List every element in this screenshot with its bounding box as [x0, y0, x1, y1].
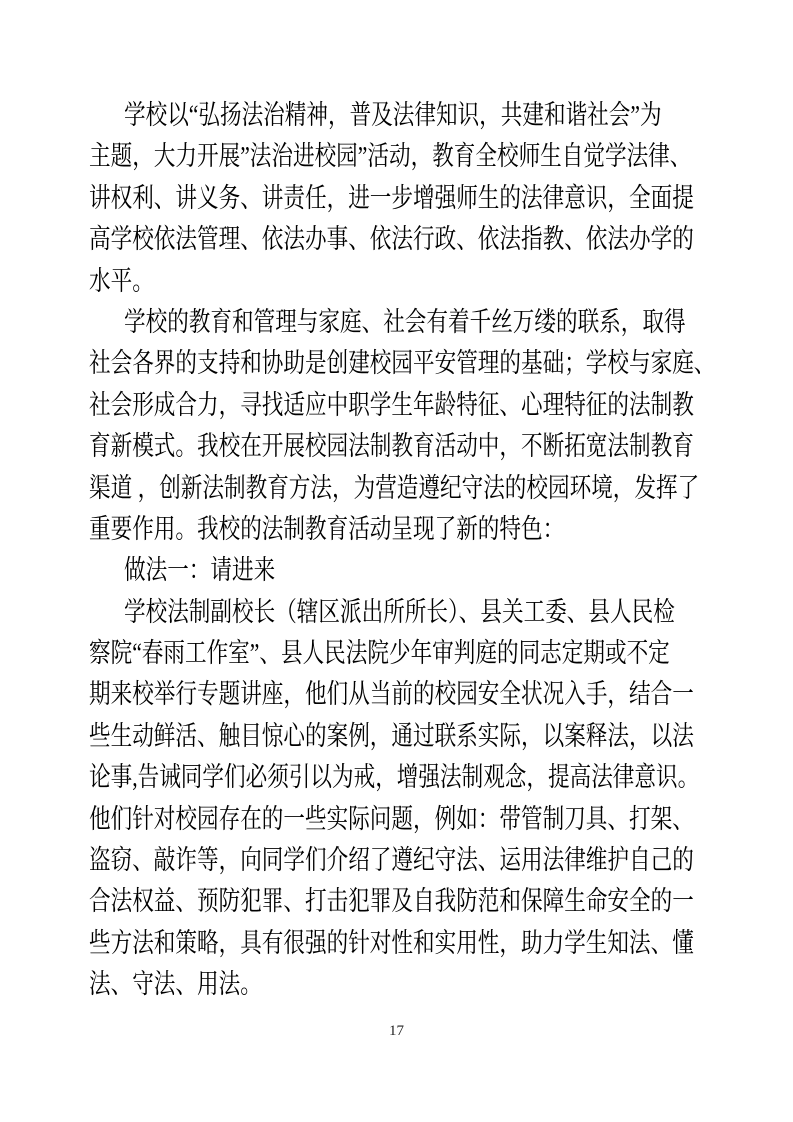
text-line: 讲权利、讲义务、讲责任，进一步增强师生的法律意识，全面提 [89, 178, 617, 219]
text-line: 重要作用。我校的法制教育活动呈现了新的特色： [89, 509, 617, 550]
text-line: 期来校举行专题讲座，他们从当前的校园安全状况入手，结合一 [89, 674, 617, 715]
text-line: 他们针对校园存在的一些实际问题，例如：带管制刀具、打架、 [89, 799, 617, 840]
text-line: 些生动鲜活、触目惊心的案例，通过联系实际，以案释法，以法 [89, 716, 617, 757]
text-line: 育新模式。我校在开展校园法制教育活动中，不断拓宽法制教育 [89, 426, 617, 467]
text-line: 些方法和策略，具有很强的针对性和实用性，助力学生知法、懂 [89, 923, 617, 964]
text-line: 渠道 ，创新法制教育方法，为营造遵纪守法的校园环境，发挥了 [89, 468, 617, 509]
text-line: 水平。 [89, 261, 617, 302]
text-line: 合法权益、预防犯罪、打击犯罪及自我防范和保障生命安全的一 [89, 881, 617, 922]
text-line: 法、守法、用法。 [89, 964, 617, 1005]
document-body: 学校以“弘扬法治精神，普及法律知识，共建和谐社会”为主题，大力开展”法治进校园”… [89, 95, 749, 1006]
text-line: 学校的教育和管理与家庭、社会有着千丝万缕的联系，取得 [124, 302, 624, 343]
text-line: 论事,告诫同学们必须引以为戒，增强法制观念，提高法律意识。 [89, 757, 617, 798]
text-line: 高学校依法管理、依法办事、依法行政、依法指教、依法办学的 [89, 219, 617, 260]
document-page: 学校以“弘扬法治精神，普及法律知识，共建和谐社会”为主题，大力开展”法治进校园”… [0, 0, 793, 1122]
text-line: 察院“春雨工作室”、县人民法院少年审判庭的同志定期或不定 [89, 633, 617, 674]
text-line: 做法一：请进来 [124, 550, 624, 591]
text-line: 主题，大力开展”法治进校园”活动，教育全校师生自觉学法律、 [89, 136, 617, 177]
text-line: 学校法制副校长（辖区派出所所长）、县关工委、县人民检 [124, 592, 624, 633]
page-number: 17 [0, 1023, 793, 1040]
text-line: 学校以“弘扬法治精神，普及法律知识，共建和谐社会”为 [124, 95, 624, 136]
text-line: 盗窃、敲诈等，向同学们介绍了遵纪守法、运用法律维护自己的 [89, 840, 617, 881]
text-line: 社会各界的支持和协助是创建校园平安管理的基础；学校与家庭、 [89, 343, 617, 384]
text-line: 社会形成合力，寻找适应中职学生年龄特征、心理特征的法制教 [89, 385, 617, 426]
